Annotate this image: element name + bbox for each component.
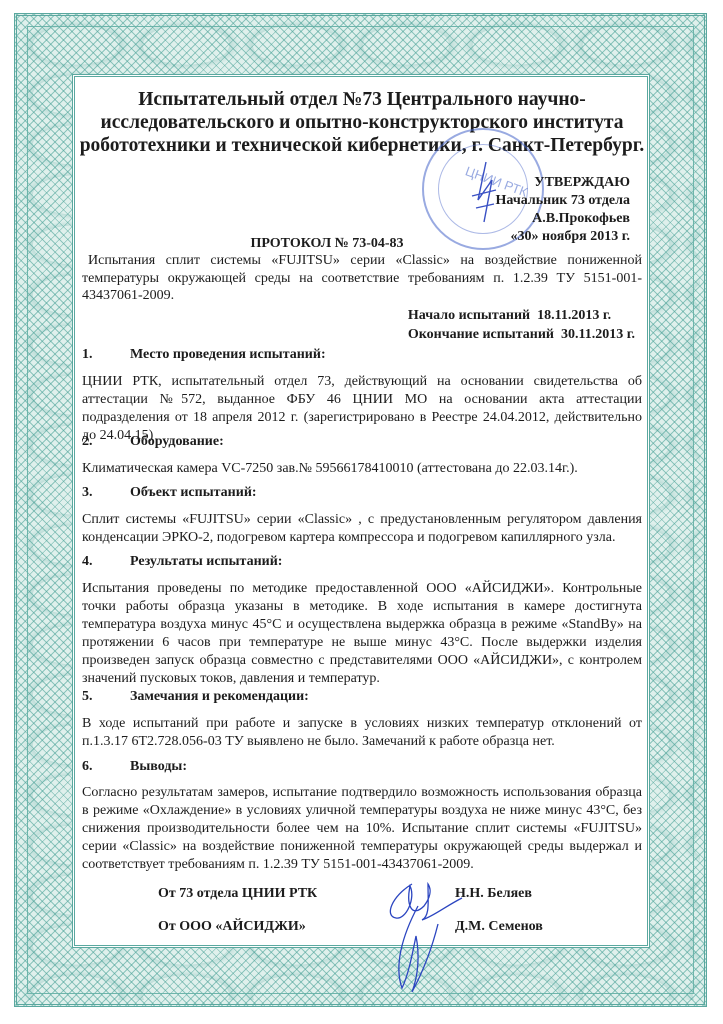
- section-title: Оборудование:: [130, 434, 224, 449]
- title-line: Испытательный отдел №73 Центрального нау…: [72, 88, 652, 111]
- section-heading-6: 6.Выводы:: [82, 759, 187, 775]
- section-number: 3.: [82, 485, 130, 501]
- test-dates: Начало испытаний 18.11.2013 г. Окончание…: [408, 306, 635, 344]
- section-number: 5.: [82, 689, 130, 705]
- test-end-date: Окончание испытаний 30.11.2013 г.: [408, 325, 635, 344]
- section-title: Замечания и рекомендации:: [130, 689, 309, 704]
- section-text-2: Климатическая камера VC-7250 зав.№ 59566…: [82, 460, 642, 478]
- signatory-org-2: От ООО «АЙСИДЖИ»: [158, 919, 306, 935]
- section-text-6: Согласно результатам замеров, испытание …: [82, 784, 642, 874]
- section-title: Место проведения испытаний:: [130, 347, 326, 362]
- section-heading-2: 2.Оборудование:: [82, 434, 224, 450]
- title-line: исследовательского и опытно-конструкторс…: [72, 111, 652, 134]
- section-text-5: В ходе испытаний при работе и запуске в …: [82, 715, 642, 751]
- section-text-3: Сплит системы «FUJITSU» серии «Classic» …: [82, 511, 642, 547]
- section-heading-4: 4.Результаты испытаний:: [82, 554, 282, 570]
- approval-position: Начальник 73 отдела: [496, 192, 630, 210]
- section-number: 2.: [82, 434, 130, 450]
- document-title: Испытательный отдел №73 Центрального нау…: [72, 88, 652, 157]
- handwritten-signature-icon: [372, 876, 482, 996]
- section-heading-3: 3.Объект испытаний:: [82, 485, 257, 501]
- approval-heading: УТВЕРЖДАЮ: [496, 174, 630, 192]
- section-title: Выводы:: [130, 759, 187, 774]
- title-line: робототехники и технической кибернетики,…: [72, 134, 652, 157]
- section-heading-5: 5.Замечания и рекомендации:: [82, 689, 309, 705]
- protocol-title: ПРОТОКОЛ № 73-04-83: [72, 236, 582, 252]
- section-number: 1.: [82, 347, 130, 363]
- section-text-4: Испытания проведены по методике предоста…: [82, 580, 642, 688]
- approval-name: А.В.Прокофьев: [496, 210, 630, 228]
- section-title: Результаты испытаний:: [130, 554, 282, 569]
- section-number: 6.: [82, 759, 130, 775]
- section-heading-1: 1.Место проведения испытаний:: [82, 347, 326, 363]
- protocol-intro: Испытания сплит системы «FUJITSU» серии …: [82, 252, 642, 305]
- section-number: 4.: [82, 554, 130, 570]
- test-start-date: Начало испытаний 18.11.2013 г.: [408, 306, 635, 325]
- section-title: Объект испытаний:: [130, 485, 257, 500]
- signatory-org-1: От 73 отдела ЦНИИ РТК: [158, 886, 317, 902]
